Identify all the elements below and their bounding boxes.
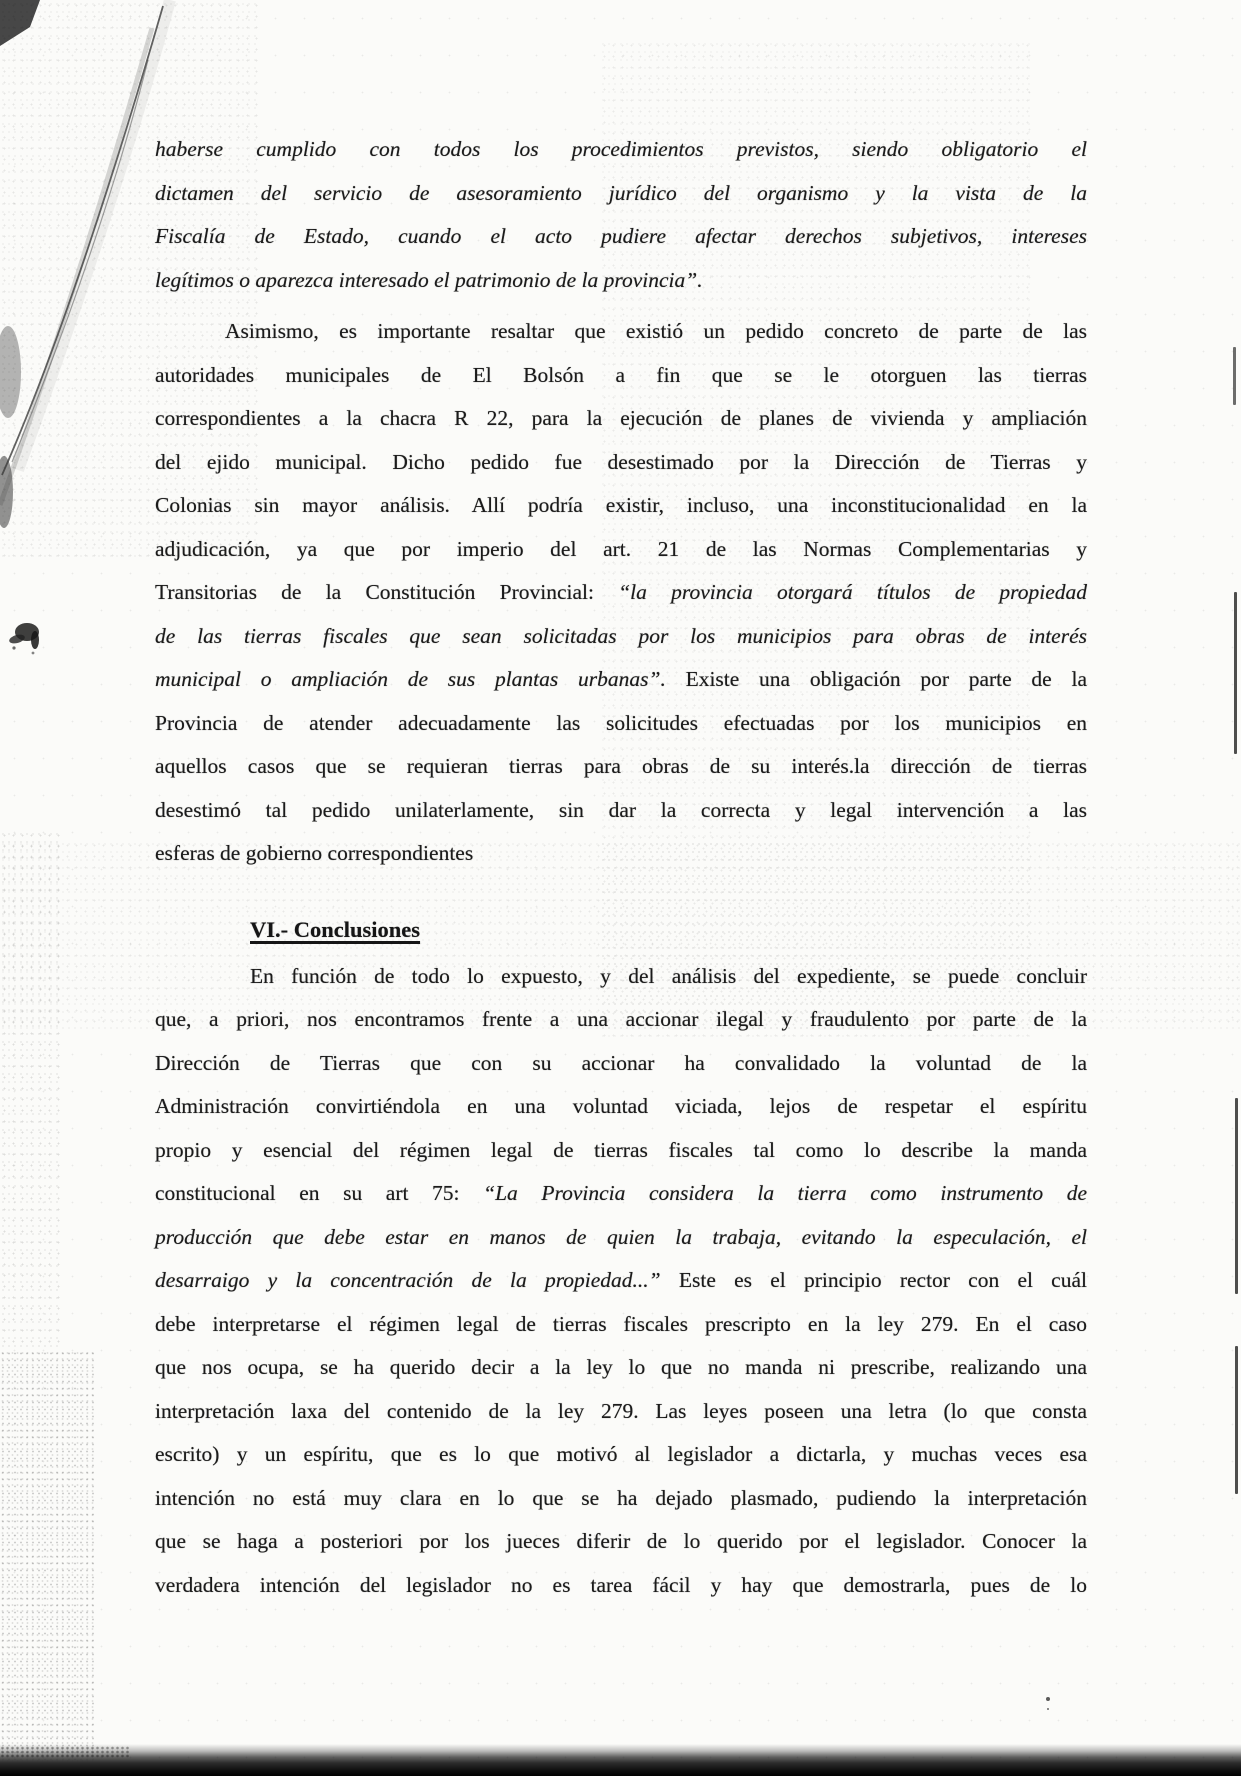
- text-line: Colonias sin mayor análisis. Allí podría…: [155, 484, 1087, 528]
- body-text: constitucional en su art 75:: [155, 1181, 483, 1205]
- scan-edge-line-artifact: [1235, 1346, 1238, 1494]
- quoted-italic-text: producción que debe estar en manos de qu…: [155, 1225, 1087, 1249]
- para-asimismo: Asimismo, es importante resaltar que exi…: [155, 310, 1087, 876]
- scan-speck-artifact: [1046, 1697, 1050, 1701]
- scan-noise-region: [0, 1350, 95, 1776]
- text-line: En función de todo lo expuesto, y del an…: [155, 955, 1087, 999]
- text-line: intención no está muy clara en lo que se…: [155, 1477, 1087, 1521]
- body-text: aquellos casos que se requieran tierras …: [155, 754, 1087, 778]
- text-line: Asimismo, es importante resaltar que exi…: [155, 310, 1087, 354]
- quoted-italic-text: dictamen del servicio de asesoramiento j…: [155, 181, 1087, 205]
- body-text: escrito) y un espíritu, que es lo que mo…: [155, 1442, 1087, 1466]
- body-text: En función de todo lo expuesto, y del an…: [250, 964, 1087, 988]
- para-quote-fiscalia: haberse cumplido con todos los procedimi…: [155, 128, 1087, 302]
- scan-ink-smudge-artifact: [6, 612, 56, 662]
- para-conclusiones: En función de todo lo expuesto, y del an…: [155, 955, 1087, 1608]
- text-line: Fiscalía de Estado, cuando el acto pudie…: [155, 215, 1087, 259]
- text-line: que, a priori, nos encontramos frente a …: [155, 998, 1087, 1042]
- scanned-document-page: { "colors": { "ink": "#1b1b1b", "paper":…: [0, 0, 1241, 1776]
- scan-bottom-band-artifact: [0, 1744, 1241, 1776]
- body-text: esferas de gobierno correspondientes: [155, 841, 473, 865]
- body-text: Asimismo, es importante resaltar que exi…: [225, 319, 1087, 343]
- text-line: propio y esencial del régimen legal de t…: [155, 1129, 1087, 1173]
- text-line: verdadera intención del legislador no es…: [155, 1564, 1087, 1608]
- text-line: aquellos casos que se requieran tierras …: [155, 745, 1087, 789]
- text-line: que se haga a posteriori por los jueces …: [155, 1520, 1087, 1564]
- text-line: correspondientes a la chacra R 22, para …: [155, 397, 1087, 441]
- text-line: autoridades municipales de El Bolsón a f…: [155, 354, 1087, 398]
- body-text: Dirección de Tierras que con su accionar…: [155, 1051, 1087, 1075]
- text-line: de las tierras fiscales que sean solicit…: [155, 615, 1087, 659]
- section-heading-text: VI.- Conclusiones: [250, 917, 420, 942]
- text-line: adjudicación, ya que por imperio del art…: [155, 528, 1087, 572]
- body-text: del ejido municipal. Dicho pedido fue de…: [155, 450, 1087, 474]
- body-text: correspondientes a la chacra R 22, para …: [155, 406, 1087, 430]
- body-text: que, a priori, nos encontramos frente a …: [155, 1007, 1087, 1031]
- body-text: Este es el principio rector con el cuál: [661, 1268, 1087, 1292]
- text-line: Dirección de Tierras que con su accionar…: [155, 1042, 1087, 1086]
- text-column: haberse cumplido con todos los procedimi…: [155, 128, 1087, 1607]
- text-line: dictamen del servicio de asesoramiento j…: [155, 172, 1087, 216]
- text-line: del ejido municipal. Dicho pedido fue de…: [155, 441, 1087, 485]
- text-line: desestimó tal pedido unilaterlamente, si…: [155, 789, 1087, 833]
- body-text: debe interpretarse el régimen legal de t…: [155, 1312, 1087, 1336]
- quoted-italic-text: haberse cumplido con todos los procedimi…: [155, 137, 1087, 161]
- text-line: que nos ocupa, se ha querido decir a la …: [155, 1346, 1087, 1390]
- quoted-italic-text: municipal o ampliación de sus plantas ur…: [155, 667, 666, 691]
- text-line: municipal o ampliación de sus plantas ur…: [155, 658, 1087, 702]
- quoted-italic-text: “La Provincia considera la tierra como i…: [483, 1181, 1087, 1205]
- body-text: Transitorias de la Constitución Provinci…: [155, 580, 618, 604]
- text-line: debe interpretarse el régimen legal de t…: [155, 1303, 1087, 1347]
- text-line: Administración convirtiéndola en una vol…: [155, 1085, 1087, 1129]
- text-line: legítimos o aparezca interesado el patri…: [155, 259, 1087, 303]
- body-text: Existe una obligación por parte de la: [666, 667, 1087, 691]
- scan-edge-line-artifact: [1234, 592, 1237, 754]
- body-text: intención no está muy clara en lo que se…: [155, 1486, 1087, 1510]
- quoted-italic-text: desarraigo y la concentración de la prop…: [155, 1268, 661, 1292]
- body-text: propio y esencial del régimen legal de t…: [155, 1138, 1087, 1162]
- body-text: Provincia de atender adecuadamente las s…: [155, 711, 1087, 735]
- quoted-italic-text: legítimos o aparezca interesado el patri…: [155, 268, 703, 292]
- body-text: que nos ocupa, se ha querido decir a la …: [155, 1355, 1087, 1379]
- text-line: desarraigo y la concentración de la prop…: [155, 1259, 1087, 1303]
- text-line: Provincia de atender adecuadamente las s…: [155, 702, 1087, 746]
- body-text: interpretación laxa del contenido de la …: [155, 1399, 1087, 1423]
- quoted-italic-text: de las tierras fiscales que sean solicit…: [155, 624, 1087, 648]
- quoted-italic-text: “la provincia otorgará títulos de propie…: [618, 580, 1087, 604]
- body-text: Administración convirtiéndola en una vol…: [155, 1094, 1087, 1118]
- text-line: Transitorias de la Constitución Provinci…: [155, 571, 1087, 615]
- body-text: Colonias sin mayor análisis. Allí podría…: [155, 493, 1087, 517]
- body-text: autoridades municipales de El Bolsón a f…: [155, 363, 1087, 387]
- text-line: esferas de gobierno correspondientes: [155, 832, 1087, 876]
- text-line: escrito) y un espíritu, que es lo que mo…: [155, 1433, 1087, 1477]
- heading-conclusiones: VI.- Conclusiones: [155, 908, 1087, 952]
- body-text: adjudicación, ya que por imperio del art…: [155, 537, 1087, 561]
- text-line: constitucional en su art 75: “La Provinc…: [155, 1172, 1087, 1216]
- body-text: verdadera intención del legislador no es…: [155, 1573, 1087, 1597]
- text-line: producción que debe estar en manos de qu…: [155, 1216, 1087, 1260]
- scan-edge-line-artifact: [1233, 347, 1236, 405]
- quoted-italic-text: Fiscalía de Estado, cuando el acto pudie…: [155, 224, 1087, 248]
- text-line: haberse cumplido con todos los procedimi…: [155, 128, 1087, 172]
- body-text: que se haga a posteriori por los jueces …: [155, 1529, 1087, 1553]
- body-text: desestimó tal pedido unilaterlamente, si…: [155, 798, 1087, 822]
- scan-noise-region: [0, 830, 62, 1350]
- text-line: interpretación laxa del contenido de la …: [155, 1390, 1087, 1434]
- scan-edge-line-artifact: [1235, 1098, 1238, 1294]
